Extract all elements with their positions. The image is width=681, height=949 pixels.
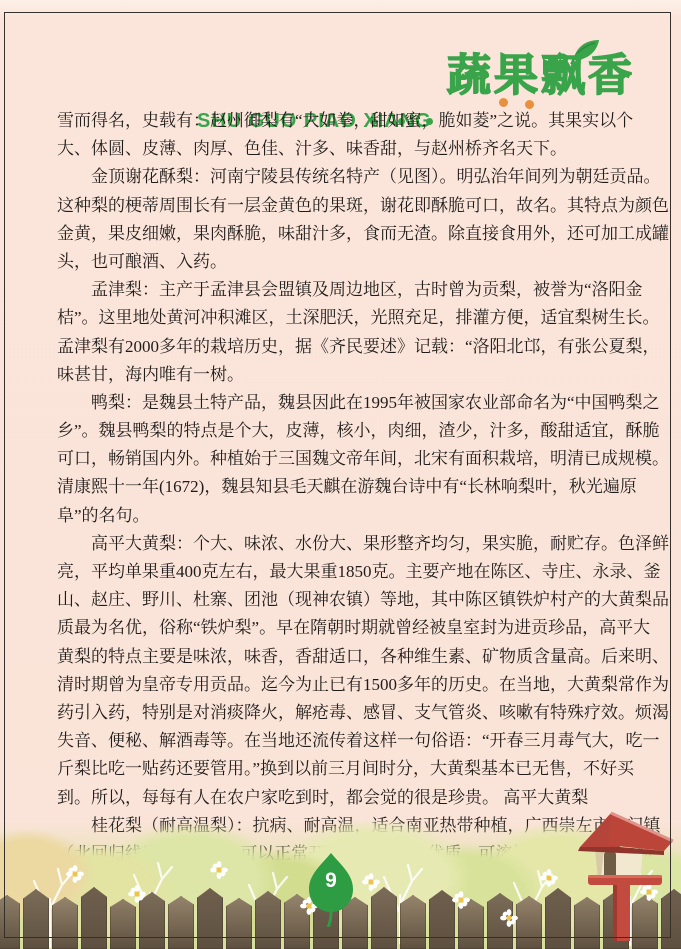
series-logo: 蔬果飘香	[447, 42, 639, 110]
text-line: 质最为名优，俗称“铁炉梨”。早在隋朝时期就曾经被皇室封为进贡珍品，高平大	[57, 614, 625, 642]
text-line: 清康熙十一年(1672)，魏县知县毛天麒在游魏台诗中有“长林响梨叶，秋光遍原	[57, 473, 625, 501]
fence-picket	[0, 895, 20, 949]
text-line: 雪而得名，史载有：赵州御梨有“大如拳，甜如蜜，脆如菱”之说。其果实以个	[57, 107, 625, 135]
berry-icon	[499, 98, 508, 107]
page-number: 9	[308, 869, 354, 893]
fence-picket	[81, 887, 107, 949]
fence-picket	[23, 889, 49, 949]
text-line: 头，也可酿酒、入药。	[57, 248, 625, 276]
fence-picket	[371, 887, 397, 949]
fence-picket	[110, 899, 136, 949]
fence-picket	[168, 896, 194, 949]
text-line: 药引入药，特别是对消痰降火，解疮毒、感冒、支气管炎、咳嗽有特殊疗效。烦渴	[57, 699, 625, 727]
text-line: 鸭梨：是魏县土特产品，魏县因此在1995年被国家农业部命名为“中国鸭梨之	[57, 389, 625, 417]
page-header: SHU GUO PIAO XIANG 蔬果飘香	[0, 40, 681, 110]
text-line: 味甚甘，海内唯有一树。	[57, 361, 625, 389]
text-line: 孟津梨：主产于孟津县会盟镇及周边地区，古时曾为贡梨，被誉为“洛阳金	[57, 276, 625, 304]
fence-picket	[400, 895, 426, 949]
fence-picket	[255, 891, 281, 949]
daisy-flower-icon	[540, 869, 558, 887]
text-line: 高平大黄梨：个大、味浓、水份大、果形整齐均匀，果实脆，耐贮存。色泽鲜	[57, 530, 625, 558]
text-line: 可口，畅销国内外。种植始于三国魏文帝年间，北宋有面积栽培，明清已成规模。	[57, 445, 625, 473]
daisy-flower-icon	[500, 909, 518, 927]
daisy-flower-icon	[362, 873, 380, 891]
text-line: 金黄，果皮细嫩，果肉酥脆，味甜汁多，食而无渣。除直接食用外，还可加工成罐	[57, 220, 625, 248]
daisy-flower-icon	[210, 861, 228, 879]
text-line: 孟津梨有2000多年的栽培历史，据《齐民要述》记载：“洛阳北邙，有张公夏梨，	[57, 333, 625, 361]
text-line: 到。所以，每每有人在农户家吃到时，都会觉的很是珍贵。 高平大黄梨	[57, 784, 625, 812]
text-line: 阜”的名句。	[57, 502, 625, 530]
fence-picket	[516, 896, 542, 949]
text-line: 亮，平均单果重400克左右，最大果重1850克。主要产地在陈区、寺庄、永录、釜	[57, 558, 625, 586]
birdhouse-icon	[568, 811, 681, 941]
fence-picket	[226, 898, 252, 949]
text-line: 山、赵庄、野川、杜寨、团池（现神农镇）等地，其中陈区镇铁炉村产的大黄梨品	[57, 586, 625, 614]
text-line: 乡”。魏县鸭梨的特点是个大，皮薄，核小，肉细，渣少，汁多，酸甜适宜，酥脆	[57, 417, 625, 445]
text-line: 桔”。这里地处黄河冲积滩区，土深肥沃，光照充足，排灌方便，适宜梨树生长。	[57, 304, 625, 332]
body-text: 雪而得名，史载有：赵州御梨有“大如拳，甜如蜜，脆如菱”之说。其果实以个大、体圆、…	[57, 107, 625, 868]
fence-picket	[52, 897, 78, 949]
page-number-leaf: 9	[308, 853, 356, 927]
text-line: 黄梨的特点主要是味浓，味香，香甜适口，各种维生素、矿物质含量高。后来明、	[57, 643, 625, 671]
text-line: 这种梨的梗蒂周围长有一层金黄色的果斑，谢花即酥脆可口，故名。其特点为颜色	[57, 192, 625, 220]
series-logo-text: 蔬果飘香	[447, 54, 639, 98]
text-line: 斤梨比吃一贴药还要管用。”换到以前三月间时分，大黄梨基本已无售，不好买	[57, 755, 625, 783]
footer-illustration: 9	[0, 809, 681, 949]
daisy-flower-icon	[452, 891, 470, 909]
text-line: 大、体圆、皮薄、肉厚、色佳、汁多、味香甜，与赵州桥齐名天下。	[57, 135, 625, 163]
text-line: 失音、便秘、解酒毒等。在当地还流传着这样一句俗语：“开春三月毒气大，吃一	[57, 727, 625, 755]
daisy-flower-icon	[128, 885, 146, 903]
text-line: 清时期曾为皇帝专用贡品。迄今为止已有1500多年的历史。在当地，大黄梨常作为	[57, 671, 625, 699]
book-page: SHU GUO PIAO XIANG 蔬果飘香 雪而得名，史载有：赵州御梨有“大…	[0, 0, 681, 949]
text-line: 金顶谢花酥梨：河南宁陵县传统名特产（见图）。明弘治年间列为朝廷贡品。	[57, 163, 625, 191]
daisy-flower-icon	[66, 865, 84, 883]
fence-picket	[197, 888, 223, 949]
